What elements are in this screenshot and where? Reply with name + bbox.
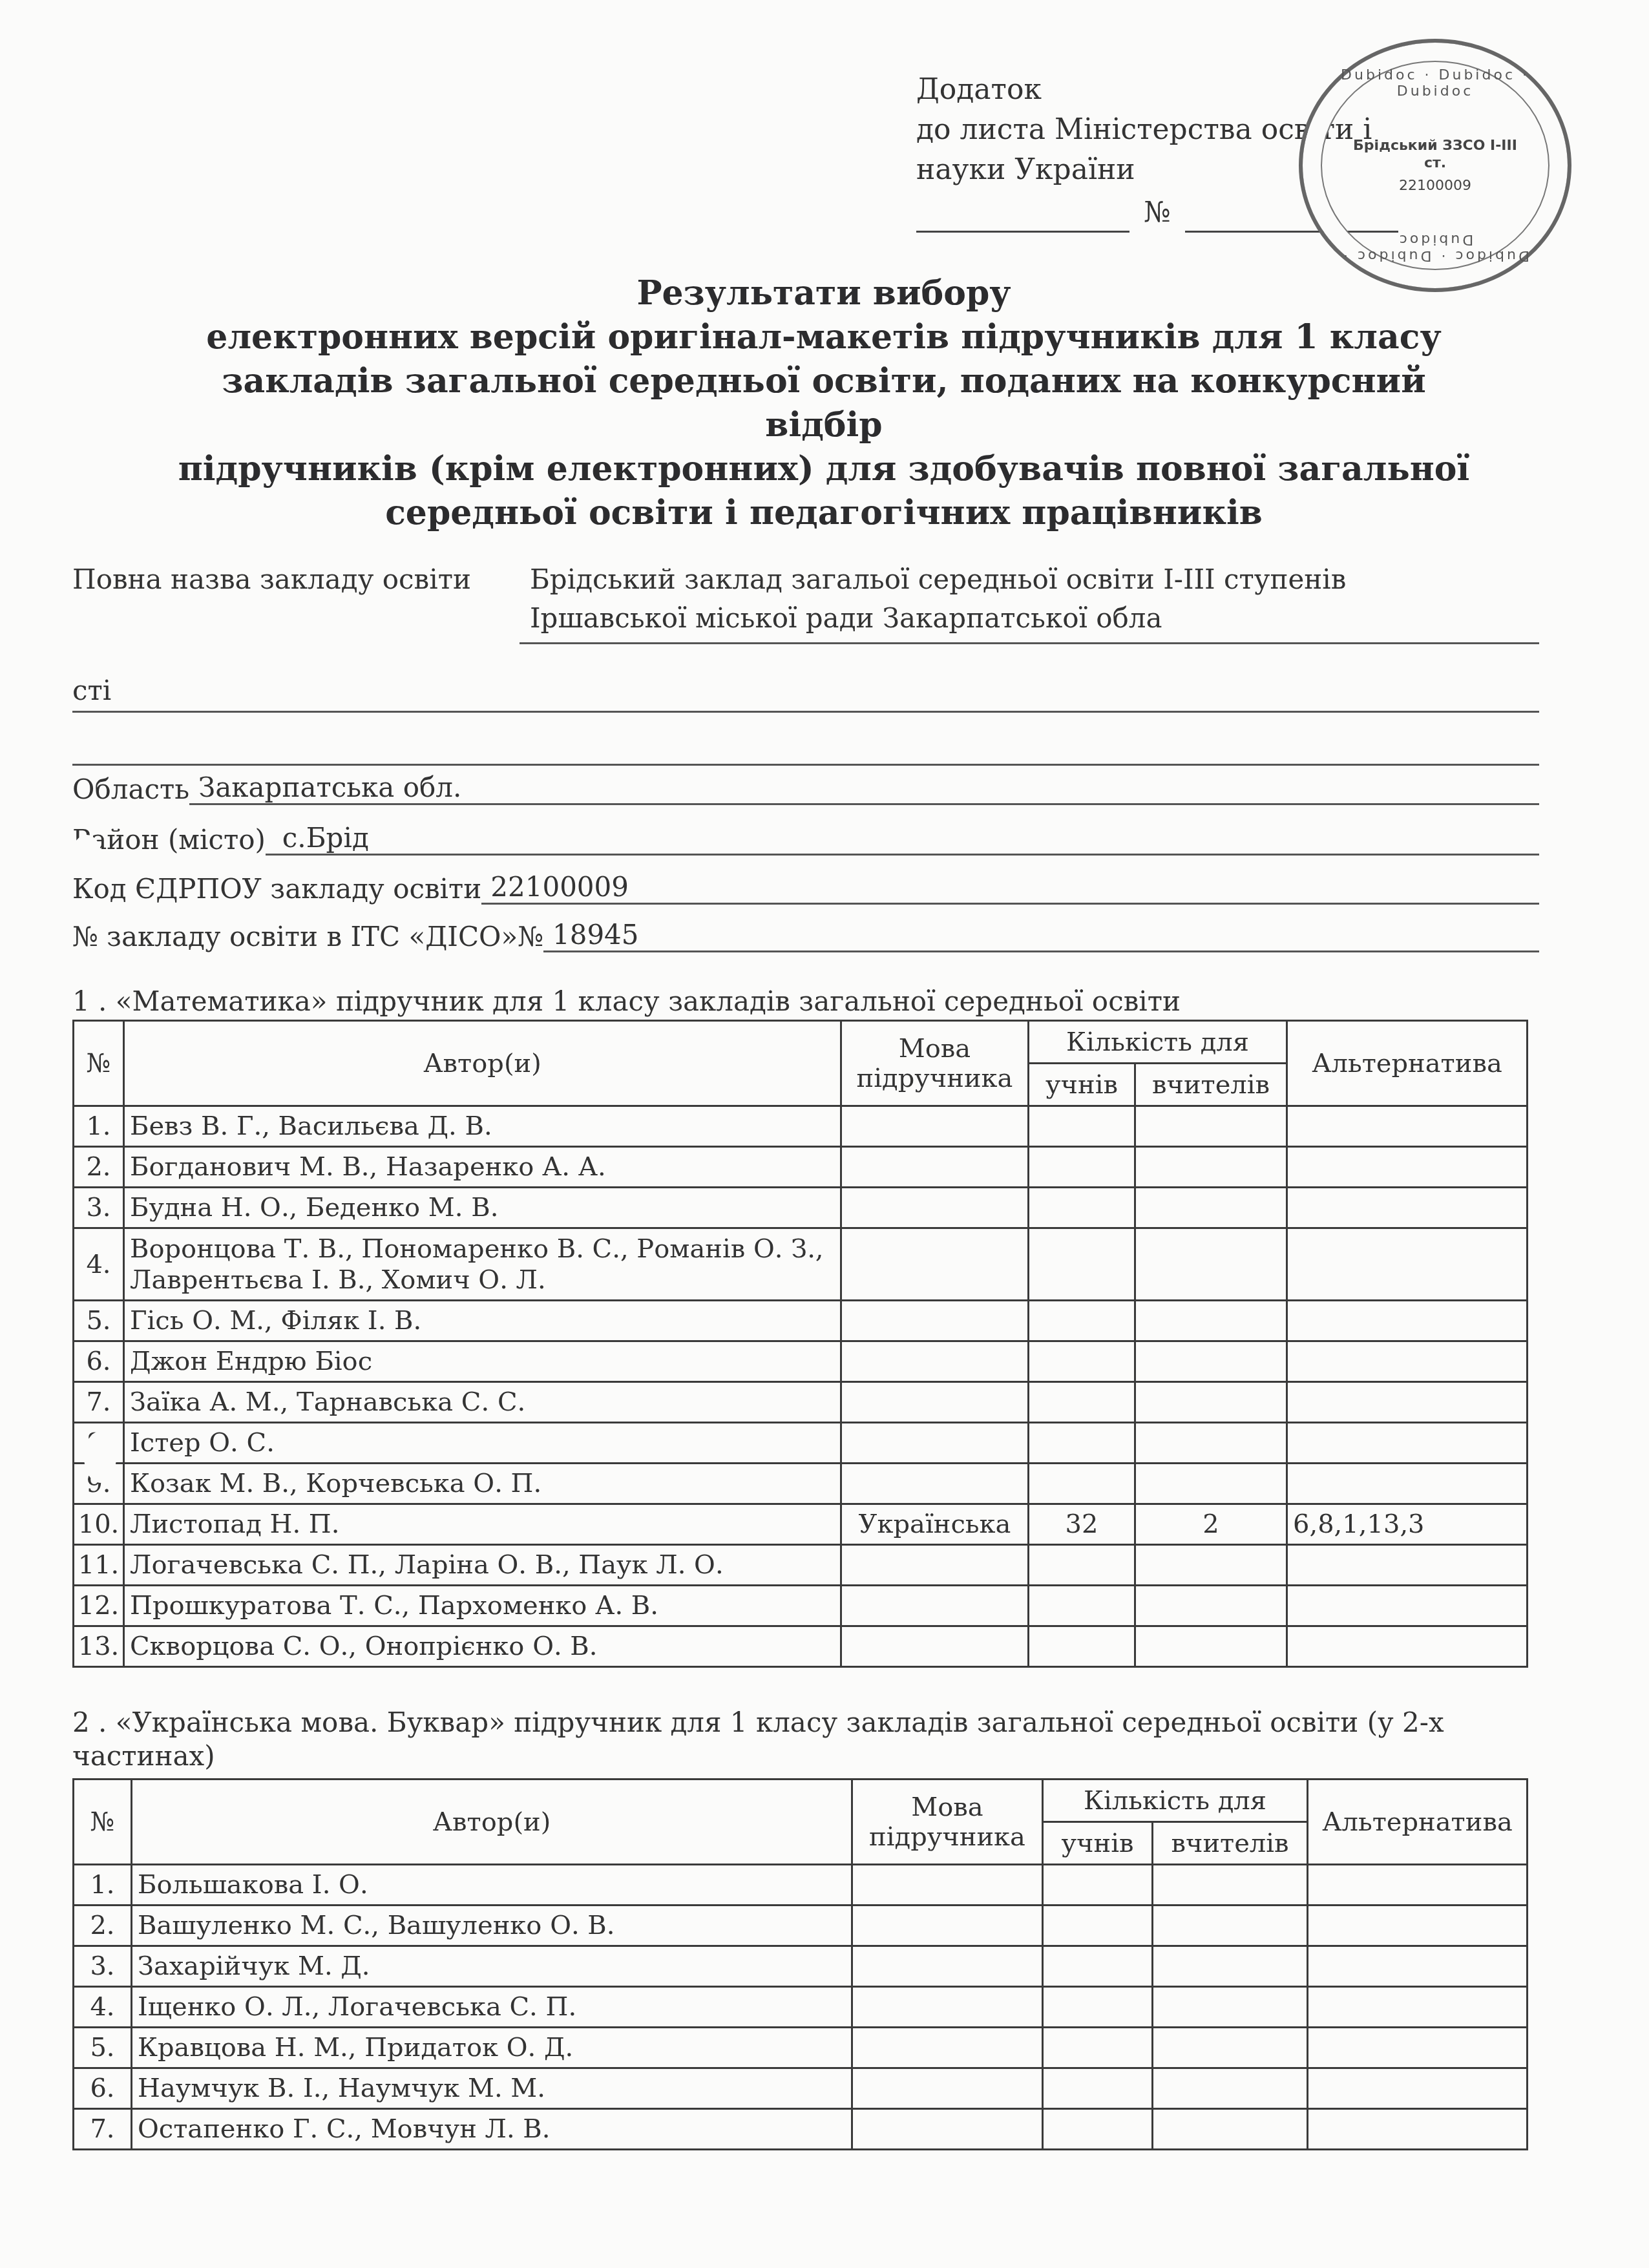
row-students-count: [1029, 1341, 1135, 1382]
row-language: [841, 1106, 1029, 1147]
row-alternative: [1287, 1228, 1528, 1301]
row-language: [841, 1464, 1029, 1504]
header-num: №: [74, 1780, 132, 1865]
row-alternative: [1308, 1865, 1528, 1906]
row-teachers-count: [1135, 1147, 1287, 1188]
table-row: 1.Большакова І. О.: [74, 1865, 1528, 1906]
row-language: [852, 2109, 1043, 2150]
row-alternative: [1287, 1464, 1528, 1504]
row-language: [841, 1626, 1029, 1667]
table-row: 1.Бевз В. Г., Васильєва Д. В.: [74, 1106, 1528, 1147]
row-authors: Логачевська С. П., Ларіна О. В., Паук Л.…: [124, 1545, 841, 1586]
row-number: 3.: [74, 1946, 132, 1987]
row-number: 6.: [74, 1341, 124, 1382]
row-students-count: [1029, 1188, 1135, 1228]
row-alternative: [1308, 2028, 1528, 2068]
row-number: 4.: [74, 1987, 132, 2028]
header-alternative: Альтернатива: [1287, 1021, 1528, 1106]
row-teachers-count: [1135, 1545, 1287, 1586]
row-authors: Богданович М. В., Назаренко А. А.: [124, 1147, 841, 1188]
disco-label: № закладу освіти в ІТС «ДІСО»№: [72, 921, 543, 952]
section-1-rows: 1.Бевз В. Г., Васильєва Д. В.2.Богданови…: [74, 1106, 1528, 1667]
row-alternative: [1287, 1147, 1528, 1188]
row-number: 3.: [74, 1188, 124, 1228]
title-line-5: середньої освіти і педагогічних працівни…: [162, 491, 1486, 535]
row-students-count: 32: [1029, 1504, 1135, 1545]
table-row: 6.Джон Ендрю Біос: [74, 1341, 1528, 1382]
section-2-table: № Автор(и) Мова підручника Кількість для…: [72, 1778, 1528, 2150]
district-field: Район (місто) с.Брід: [72, 822, 1539, 856]
table-row: 11.Логачевська С. П., Ларіна О. В., Паук…: [74, 1545, 1528, 1586]
table-row: 7.Остапенко Г. С., Мовчун Л. В.: [74, 2109, 1528, 2150]
row-language: [852, 1865, 1043, 1906]
underline: [520, 642, 1539, 644]
row-authors: Кравцова Н. М., Придаток О. Д.: [132, 2028, 852, 2068]
row-teachers-count: [1135, 1188, 1287, 1228]
row-teachers-count: [1135, 1586, 1287, 1626]
section-1-title: 1 . «Математика» підручник для 1 класу з…: [72, 985, 1526, 1018]
header-alternative: Альтернатива: [1308, 1780, 1528, 1865]
row-teachers-count: [1153, 2028, 1308, 2068]
row-students-count: [1029, 1586, 1135, 1626]
row-number: 12.: [74, 1586, 124, 1626]
row-teachers-count: [1135, 1106, 1287, 1147]
header-students: учнів: [1043, 1822, 1153, 1865]
row-students-count: [1043, 1987, 1153, 2028]
row-language: [841, 1423, 1029, 1464]
row-alternative: [1287, 1545, 1528, 1586]
document-page: Додаток до листа Міністерства освіти і н…: [0, 0, 1649, 2268]
row-language: [841, 1301, 1029, 1341]
row-teachers-count: 2: [1135, 1504, 1287, 1545]
row-language: [841, 1147, 1029, 1188]
row-language: [852, 2028, 1043, 2068]
row-authors: Джон Ендрю Біос: [124, 1341, 841, 1382]
row-authors: Бевз В. Г., Васильєва Д. В.: [124, 1106, 841, 1147]
row-students-count: [1029, 1106, 1135, 1147]
row-alternative: [1287, 1382, 1528, 1423]
row-authors: Воронцова Т. В., Пономаренко В. С., Рома…: [124, 1228, 841, 1301]
row-language: [841, 1382, 1029, 1423]
section-2-title: 2 . «Українська мова. Буквар» підручник …: [72, 1706, 1526, 1773]
region-value: Закарпатська обл.: [189, 772, 1539, 805]
row-authors: Прошкуратова Т. С., Пархоменко А. В.: [124, 1586, 841, 1626]
row-teachers-count: [1135, 1228, 1287, 1301]
row-language: [841, 1545, 1029, 1586]
row-number: 2.: [74, 1906, 132, 1946]
row-teachers-count: [1135, 1341, 1287, 1382]
row-authors: Заїка А. М., Тарнавська С. С.: [124, 1382, 841, 1423]
row-number: 1.: [74, 1865, 132, 1906]
row-authors: Наумчук В. І., Наумчук М. М.: [132, 2068, 852, 2109]
table-row: 3.Захарійчук М. Д.: [74, 1946, 1528, 1987]
row-teachers-count: [1135, 1301, 1287, 1341]
row-authors: Будна Н. О., Беденко М. В.: [124, 1188, 841, 1228]
row-authors: Большакова І. О.: [132, 1865, 852, 1906]
row-alternative: [1287, 1301, 1528, 1341]
district-label: Район (місто): [72, 824, 266, 856]
table-row: 5.Кравцова Н. М., Придаток О. Д.: [74, 2028, 1528, 2068]
row-language: [852, 1946, 1043, 1987]
row-alternative: [1287, 1106, 1528, 1147]
row-number: 13.: [74, 1626, 124, 1667]
number-sign: №: [1144, 193, 1171, 233]
table-row: 2.Вашуленко М. С., Вашуленко О. В.: [74, 1906, 1528, 1946]
row-alternative: [1287, 1586, 1528, 1626]
stamp-institution-name: Брідський ЗЗСО І-ІІІ: [1353, 138, 1517, 154]
row-number: 1.: [74, 1106, 124, 1147]
full-name-field: Повна назва закладу освіти Брідський зак…: [72, 557, 1539, 712]
row-teachers-count: [1153, 1906, 1308, 1946]
scan-blot: [84, 1431, 116, 1483]
row-students-count: [1029, 1301, 1135, 1341]
header-students: учнів: [1029, 1064, 1135, 1106]
row-teachers-count: [1153, 1946, 1308, 1987]
title-line-3: закладів загальної середньої освіти, под…: [162, 359, 1486, 447]
table-row: 12.Прошкуратова Т. С., Пархоменко А. В.: [74, 1586, 1528, 1626]
row-students-count: [1043, 2028, 1153, 2068]
region-field: Область Закарпатська обл.: [72, 772, 1539, 805]
row-students-count: [1029, 1228, 1135, 1301]
section-2-rows: 1.Большакова І. О.2.Вашуленко М. С., Ваш…: [74, 1865, 1528, 2150]
row-teachers-count: [1153, 1865, 1308, 1906]
row-alternative: [1308, 1946, 1528, 1987]
edrpou-field: Код ЄДРПОУ закладу освіти 22100009: [72, 871, 1539, 905]
row-authors: Істер О. С.: [124, 1423, 841, 1464]
row-teachers-count: [1153, 2109, 1308, 2150]
header-teachers: вчителів: [1135, 1064, 1287, 1106]
row-students-count: [1043, 2109, 1153, 2150]
row-alternative: [1308, 1906, 1528, 1946]
stamp-code: 22100009: [1399, 178, 1471, 194]
row-authors: Листопад Н. П.: [124, 1504, 841, 1545]
row-authors: Скворцова С. О., Онопрієнко О. В.: [124, 1626, 841, 1667]
stamp-suffix: ст.: [1424, 155, 1446, 171]
row-teachers-count: [1153, 1987, 1308, 2028]
table-row: 8.Істер О. С.: [74, 1423, 1528, 1464]
row-alternative: [1308, 2068, 1528, 2109]
row-authors: Гісь О. М., Філяк І. В.: [124, 1301, 841, 1341]
row-teachers-count: [1135, 1423, 1287, 1464]
header-num: №: [74, 1021, 124, 1106]
table-row: 6.Наумчук В. І., Наумчук М. М.: [74, 2068, 1528, 2109]
disco-value: 18945: [543, 919, 1539, 952]
row-teachers-count: [1135, 1382, 1287, 1423]
stamp-ring-text-bottom: Dubidoc · Dubidoc · Dubidoc: [1303, 231, 1568, 264]
header-quantity: Кількість для: [1029, 1021, 1287, 1064]
row-number: 5.: [74, 2028, 132, 2068]
region-label: Область: [72, 773, 189, 805]
header-quantity: Кількість для: [1043, 1780, 1308, 1822]
row-number: 7.: [74, 1382, 124, 1423]
edrpou-label: Код ЄДРПОУ закладу освіти: [72, 873, 481, 905]
row-alternative: [1287, 1626, 1528, 1667]
disco-field: № закладу освіти в ІТС «ДІСО»№ 18945: [72, 919, 1539, 952]
row-language: [852, 1906, 1043, 1946]
edrpou-value: 22100009: [481, 871, 1539, 905]
row-number: 7.: [74, 2109, 132, 2150]
row-alternative: [1308, 1987, 1528, 2028]
row-authors: Вашуленко М. С., Вашуленко О. В.: [132, 1906, 852, 1946]
title-line-1: Результати вибору: [162, 271, 1486, 315]
row-teachers-count: [1135, 1626, 1287, 1667]
full-name-label: Повна назва закладу освіти: [72, 563, 471, 595]
row-language: Українська: [841, 1504, 1029, 1545]
row-language: [852, 2068, 1043, 2109]
row-alternative: [1287, 1341, 1528, 1382]
row-authors: Остапенко Г. С., Мовчун Л. В.: [132, 2109, 852, 2150]
title-line-2: електронних версій оригінал-макетів підр…: [162, 315, 1486, 359]
table-row: 5.Гісь О. М., Філяк І. В.: [74, 1301, 1528, 1341]
district-value: с.Брід: [266, 822, 1539, 856]
row-students-count: [1029, 1147, 1135, 1188]
full-name-value-tail: сті: [72, 675, 111, 706]
full-name-value-line-2: Іршавської міської ради Закарпатської об…: [530, 602, 1162, 634]
row-authors: Іщенко О. Л., Логачевська С. П.: [132, 1987, 852, 2028]
stamp-ring-text: Dubidoc · Dubidoc · Dubidoc: [1303, 67, 1568, 100]
table-row: 4.Воронцова Т. В., Пономаренко В. С., Ро…: [74, 1228, 1528, 1301]
row-number: 6.: [74, 2068, 132, 2109]
scan-blot: [72, 835, 101, 871]
row-authors: Захарійчук М. Д.: [132, 1946, 852, 1987]
row-students-count: [1043, 1865, 1153, 1906]
title-line-4: підручників (крім електронних) для здобу…: [162, 447, 1486, 491]
official-stamp: Dubidoc · Dubidoc · Dubidoc Брідський ЗЗ…: [1299, 39, 1571, 292]
table-row: 13.Скворцова С. О., Онопрієнко О. В.: [74, 1626, 1528, 1667]
table-row: 4.Іщенко О. Л., Логачевська С. П.: [74, 1987, 1528, 2028]
row-alternative: [1287, 1423, 1528, 1464]
header-authors: Автор(и): [132, 1780, 852, 1865]
document-title: Результати вибору електронних версій ори…: [162, 271, 1486, 535]
header-language: Мова підручника: [852, 1780, 1043, 1865]
header-language: Мова підручника: [841, 1021, 1029, 1106]
table-row: 3.Будна Н. О., Беденко М. В.: [74, 1188, 1528, 1228]
row-students-count: [1029, 1382, 1135, 1423]
row-students-count: [1043, 1906, 1153, 1946]
table-row: 2.Богданович М. В., Назаренко А. А.: [74, 1147, 1528, 1188]
underline: [72, 764, 1539, 766]
underline: [72, 711, 1539, 713]
row-language: [852, 1987, 1043, 2028]
row-teachers-count: [1135, 1464, 1287, 1504]
row-number: 5.: [74, 1301, 124, 1341]
section-1-table: № Автор(и) Мова підручника Кількість для…: [72, 1020, 1528, 1668]
row-teachers-count: [1153, 2068, 1308, 2109]
table-row: 7.Заїка А. М., Тарнавська С. С.: [74, 1382, 1528, 1423]
table-row: 9.Козак М. В., Корчевська О. П.: [74, 1464, 1528, 1504]
row-number: 11.: [74, 1545, 124, 1586]
row-number: 2.: [74, 1147, 124, 1188]
row-number: 10.: [74, 1504, 124, 1545]
row-alternative: [1287, 1188, 1528, 1228]
row-students-count: [1029, 1626, 1135, 1667]
full-name-value-line-1: Брідський заклад загальої середньої осві…: [530, 563, 1346, 595]
table-row: 10.Листопад Н. П.Українська3226,8,1,13,3: [74, 1504, 1528, 1545]
row-students-count: [1043, 1946, 1153, 1987]
row-language: [841, 1188, 1029, 1228]
row-language: [841, 1228, 1029, 1301]
row-students-count: [1029, 1545, 1135, 1586]
row-language: [841, 1341, 1029, 1382]
row-students-count: [1043, 2068, 1153, 2109]
row-authors: Козак М. В., Корчевська О. П.: [124, 1464, 841, 1504]
row-students-count: [1029, 1464, 1135, 1504]
row-alternative: [1308, 2109, 1528, 2150]
header-teachers: вчителів: [1153, 1822, 1308, 1865]
row-students-count: [1029, 1423, 1135, 1464]
row-number: 4.: [74, 1228, 124, 1301]
header-authors: Автор(и): [124, 1021, 841, 1106]
row-alternative: 6,8,1,13,3: [1287, 1504, 1528, 1545]
letter-date-blank: [916, 205, 1129, 233]
row-language: [841, 1586, 1029, 1626]
